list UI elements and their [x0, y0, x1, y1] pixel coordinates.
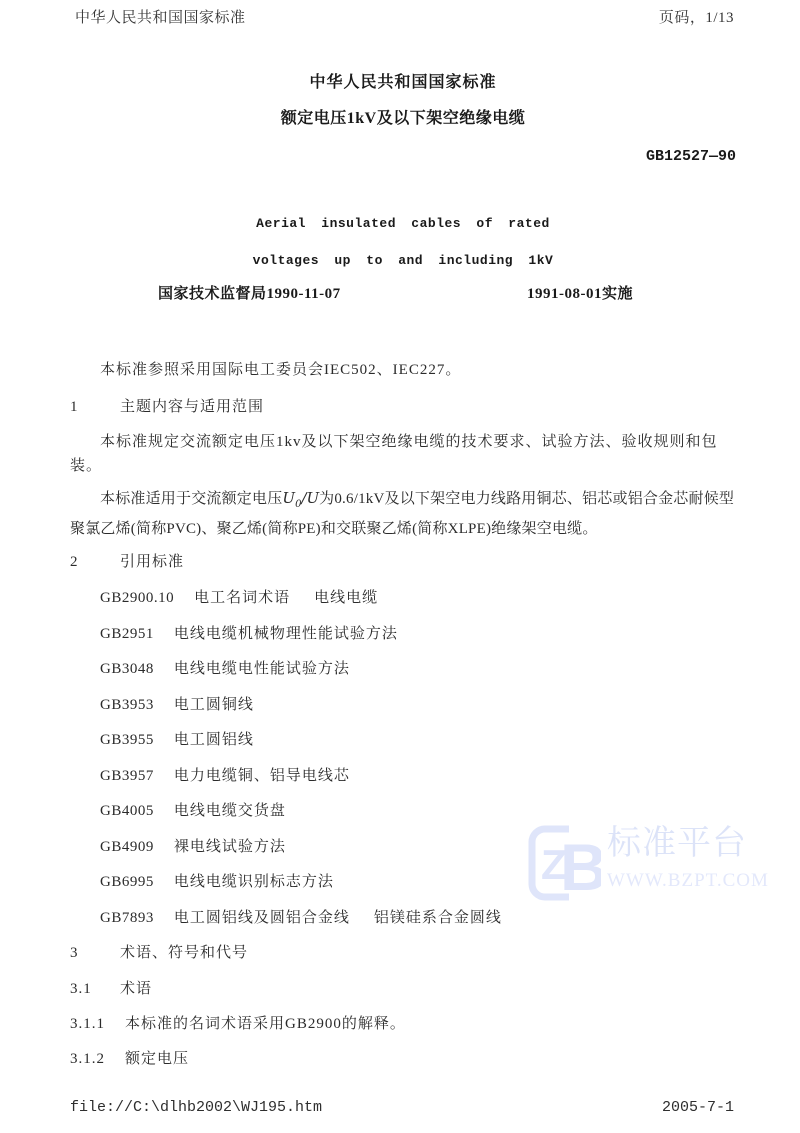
reference-title: 电工名词术语	[194, 586, 290, 610]
reference-item: GB3957 电力电缆铜、铝导电线芯	[100, 764, 738, 788]
reference-title: 裸电线试验方法	[174, 835, 286, 859]
section-3-1-heading: 3.1术语	[70, 977, 738, 1001]
section-3-1-1-paragraph: 3.1.1本标准的名词术语采用GB2900的解释。	[70, 1012, 738, 1036]
reference-code: GB3955	[100, 728, 154, 752]
reference-code: GB7893	[100, 906, 154, 930]
section-2-number: 2	[70, 550, 100, 574]
doc-subtitle-cn: 额定电压1kV及以下架空绝缘电缆	[70, 108, 736, 130]
section-2-title: 引用标准	[120, 554, 184, 570]
section-3-1-number: 3.1	[70, 977, 100, 1001]
reference-code: GB2951	[100, 622, 154, 646]
standard-code: GB12527—90	[70, 147, 736, 167]
reference-code: GB3957	[100, 764, 154, 788]
reference-item: GB2951 电线电缆机械物理性能试验方法	[100, 622, 738, 646]
doc-title-en-line1: Aerial insulated cables of rated	[70, 213, 736, 235]
references-list: GB2900.10 电工名词术语 电线电缆 GB2951 电线电缆机械物理性能试…	[70, 586, 738, 930]
voltage-symbol-u0: U0	[282, 489, 301, 507]
section-3-1-1-number: 3.1.1	[70, 1012, 105, 1036]
footer-file-path: file://C:\dlhb2002\WJ195.htm	[70, 1099, 322, 1116]
document-body: 本标准参照采用国际电工委员会IEC502、IEC227。 1主题内容与适用范围 …	[70, 358, 738, 1071]
section-3-1-title: 术语	[120, 981, 152, 997]
doc-title-cn: 中华人民共和国国家标准	[70, 72, 736, 94]
reference-title: 电工圆铝线及圆铝合金线	[174, 906, 350, 930]
voltage-symbol-u: U	[307, 489, 320, 507]
reference-title: 电线电缆识别标志方法	[174, 870, 334, 894]
reference-title: 电力电缆铜、铝导电线芯	[174, 764, 350, 788]
scope-prefix: 本标准适用于交流额定电压	[100, 491, 282, 507]
running-footer: file://C:\dlhb2002\WJ195.htm 2005-7-1	[70, 1099, 734, 1116]
scope-summary-paragraph: 本标准规定交流额定电压1kv及以下架空绝缘电缆的技术要求、试验方法、验收规则和包…	[70, 430, 738, 478]
intro-paragraph: 本标准参照采用国际电工委员会IEC502、IEC227。	[70, 358, 738, 382]
reference-code: GB4909	[100, 835, 154, 859]
reference-item: GB4005 电线电缆交货盘	[100, 799, 738, 823]
approval-row: 国家技术监督局1990-11-07 1991-08-01实施	[70, 284, 736, 304]
section-2-heading: 2引用标准	[70, 550, 738, 574]
section-3-heading: 3术语、符号和代号	[70, 941, 738, 965]
reference-extra: 电线电缆	[314, 586, 378, 610]
section-3-1-2-title: 额定电压	[125, 1051, 189, 1067]
reference-code: GB2900.10	[100, 586, 174, 610]
section-3-1-2-heading: 3.1.2额定电压	[70, 1047, 738, 1071]
reference-title: 电工圆铝线	[174, 728, 254, 752]
approval-date: 国家技术监督局1990-11-07	[158, 284, 341, 304]
reference-code: GB3048	[100, 657, 154, 681]
reference-code: GB4005	[100, 799, 154, 823]
reference-title: 电线电缆机械物理性能试验方法	[174, 622, 398, 646]
section-3-1-2-number: 3.1.2	[70, 1047, 105, 1071]
reference-extra: 铝镁硅系合金圆线	[374, 906, 502, 930]
section-1-number: 1	[70, 395, 100, 419]
section-3-title: 术语、符号和代号	[120, 945, 248, 961]
section-3-number: 3	[70, 941, 100, 965]
reference-item: GB6995 电线电缆识别标志方法	[100, 870, 738, 894]
doc-title-en-line2: voltages up to and including 1kV	[70, 250, 736, 272]
section-1-title: 主题内容与适用范围	[120, 399, 264, 415]
reference-item: GB4909 裸电线试验方法	[100, 835, 738, 859]
reference-code: GB3953	[100, 693, 154, 717]
section-3-1-1-text: 本标准的名词术语采用GB2900的解释。	[125, 1016, 406, 1032]
reference-title: 电工圆铜线	[174, 693, 254, 717]
reference-item: GB3955 电工圆铝线	[100, 728, 738, 752]
footer-date: 2005-7-1	[662, 1099, 734, 1116]
reference-item: GB7893 电工圆铝线及圆铝合金线 铝镁硅系合金圆线	[100, 906, 738, 930]
reference-title: 电线电缆电性能试验方法	[174, 657, 350, 681]
implementation-date: 1991-08-01实施	[527, 284, 633, 304]
reference-code: GB6995	[100, 870, 154, 894]
reference-title: 电线电缆交货盘	[174, 799, 286, 823]
reference-item: GB2900.10 电工名词术语 电线电缆	[100, 586, 738, 610]
section-1-heading: 1主题内容与适用范围	[70, 395, 738, 419]
title-block: 中华人民共和国国家标准 额定电压1kV及以下架空绝缘电缆 GB12527—90 …	[70, 0, 736, 304]
reference-item: GB3048 电线电缆电性能试验方法	[100, 657, 738, 681]
scope-paragraph: 本标准适用于交流额定电压U0/U为0.6/1kV及以下架空电力线路用铜芯、铝芯或…	[70, 486, 738, 542]
reference-item: GB3953 电工圆铜线	[100, 693, 738, 717]
